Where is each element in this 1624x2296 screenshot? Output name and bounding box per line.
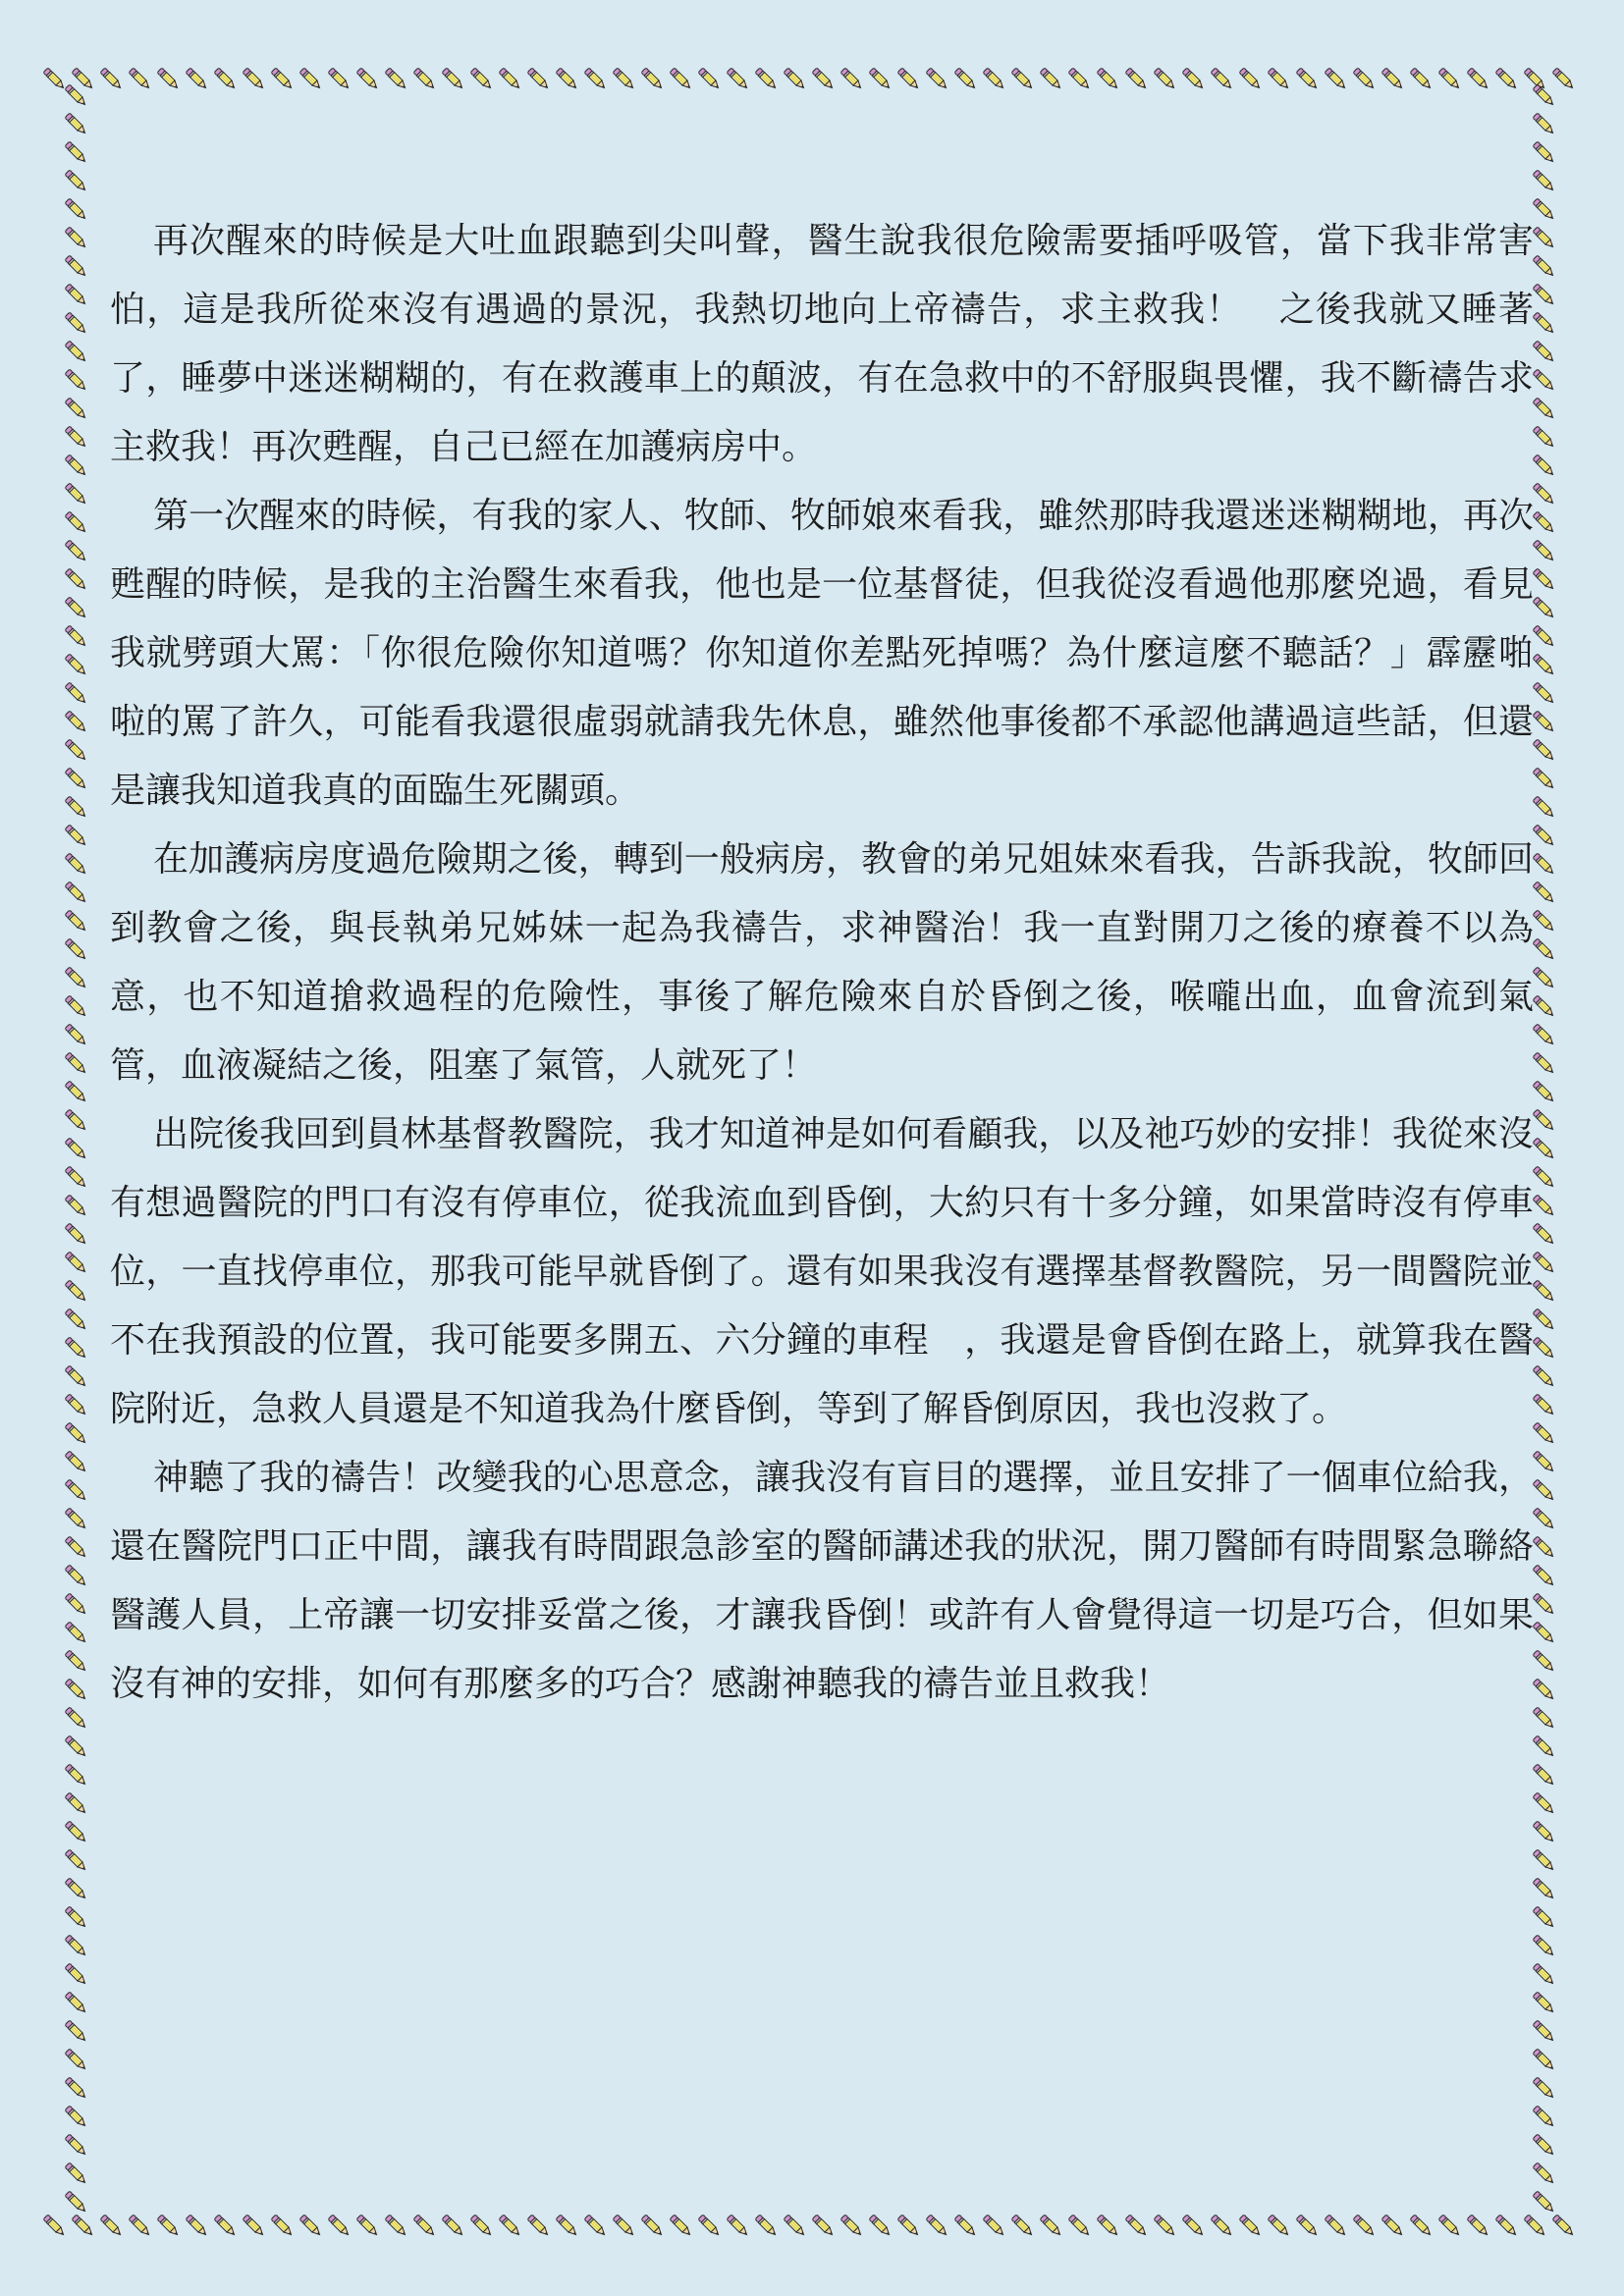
pencil-icon xyxy=(1533,1878,1555,1900)
pencil-icon xyxy=(613,2215,635,2237)
pencil-icon xyxy=(65,1337,87,1360)
pencil-icon xyxy=(328,68,351,90)
pencil-icon xyxy=(1182,68,1205,90)
pencil-icon xyxy=(356,68,379,90)
pencil-icon xyxy=(65,1052,87,1075)
pencil-icon xyxy=(1533,1223,1555,1246)
pencil-icon xyxy=(1495,2215,1518,2237)
pencil-icon xyxy=(1533,1252,1555,1274)
pencil-border-bottom xyxy=(39,2207,1585,2246)
pencil-icon xyxy=(65,398,87,420)
pencil-icon xyxy=(926,2215,948,2237)
pencil-icon xyxy=(65,1109,87,1132)
pencil-icon xyxy=(1353,2215,1376,2237)
pencil-icon xyxy=(1533,1906,1555,1929)
pencil-icon xyxy=(1239,68,1262,90)
pencil-icon xyxy=(65,198,87,221)
pencil-icon xyxy=(65,682,87,705)
pencil-icon xyxy=(1533,1422,1555,1445)
pencil-border-left xyxy=(57,80,96,2230)
pencil-icon xyxy=(698,2215,721,2237)
pencil-icon xyxy=(1533,796,1555,819)
pencil-icon xyxy=(1533,881,1555,904)
pencil-icon xyxy=(1552,68,1575,90)
pencil-icon xyxy=(1533,1508,1555,1530)
pencil-icon xyxy=(65,1223,87,1246)
paragraph-5: 神聽了我的禱告！改變我的心思意念，讓我沒有盲目的選擇，並且安排了一個車位給我，還… xyxy=(110,1443,1534,1718)
pencil-icon xyxy=(1533,483,1555,506)
pencil-icon xyxy=(1533,113,1555,135)
pencil-icon xyxy=(1495,68,1518,90)
pencil-icon xyxy=(65,1508,87,1530)
pencil-icon xyxy=(1533,825,1555,847)
pencil-icon xyxy=(1533,1166,1555,1189)
pencil-icon xyxy=(1533,1565,1555,1587)
pencil-icon xyxy=(1533,654,1555,676)
pencil-icon xyxy=(157,68,180,90)
pencil-icon xyxy=(65,597,87,619)
pencil-icon xyxy=(1533,1536,1555,1559)
pencil-icon xyxy=(100,68,123,90)
pencil-icon xyxy=(1325,2215,1347,2237)
pencil-icon xyxy=(840,68,863,90)
pencil-icon xyxy=(65,255,87,278)
pencil-icon xyxy=(1533,1935,1555,1957)
pencil-icon xyxy=(1533,284,1555,306)
pencil-icon xyxy=(65,711,87,733)
pencil-icon xyxy=(65,796,87,819)
pencil-icon xyxy=(65,84,87,107)
pencil-icon xyxy=(1533,1849,1555,1872)
pencil-icon xyxy=(869,2215,892,2237)
pencil-icon xyxy=(442,2215,464,2237)
pencil-icon xyxy=(65,625,87,648)
pencil-icon xyxy=(1533,540,1555,562)
pencil-icon xyxy=(243,68,265,90)
pencil-icon xyxy=(413,68,436,90)
pencil-icon xyxy=(1533,312,1555,335)
pencil-icon xyxy=(727,68,749,90)
pencil-icon xyxy=(1533,1963,1555,1986)
paragraph-1: 再次醒來的時候是大吐血跟聽到尖叫聲，醫生說我很危險需要插呼吸管，當下我非常害怕，… xyxy=(110,206,1534,481)
pencil-icon xyxy=(271,68,294,90)
pencil-icon xyxy=(299,68,322,90)
pencil-icon xyxy=(65,1195,87,1217)
pencil-icon xyxy=(641,68,664,90)
pencil-icon xyxy=(65,1622,87,1644)
pencil-icon xyxy=(65,1280,87,1303)
pencil-icon xyxy=(65,881,87,904)
pencil-icon xyxy=(1533,2163,1555,2185)
pencil-icon xyxy=(1011,2215,1034,2237)
pencil-icon xyxy=(65,1565,87,1587)
pencil-icon xyxy=(1533,2077,1555,2100)
pencil-icon xyxy=(613,68,635,90)
pencil-icon xyxy=(727,2215,749,2237)
pencil-icon xyxy=(1533,853,1555,876)
pencil-icon xyxy=(1533,1024,1555,1046)
pencil-icon xyxy=(1533,2106,1555,2128)
pencil-icon xyxy=(65,454,87,477)
pencil-icon xyxy=(1533,1081,1555,1103)
pencil-icon xyxy=(65,1650,87,1673)
pencil-icon xyxy=(65,113,87,135)
pencil-icon xyxy=(65,1394,87,1416)
pencil-icon xyxy=(65,1878,87,1900)
pencil-icon xyxy=(65,825,87,847)
pencil-icon xyxy=(897,2215,920,2237)
pencil-icon xyxy=(1040,2215,1062,2237)
pencil-icon xyxy=(1533,1365,1555,1388)
pencil-icon xyxy=(1533,1451,1555,1473)
pencil-icon xyxy=(65,938,87,961)
pencil-icon xyxy=(1353,68,1376,90)
pencil-icon xyxy=(157,2215,180,2237)
pencil-icon xyxy=(470,68,493,90)
pencil-icon xyxy=(65,1792,87,1815)
pencil-icon xyxy=(1296,2215,1319,2237)
pencil-icon xyxy=(1533,511,1555,534)
pencil-icon xyxy=(442,68,464,90)
pencil-icon xyxy=(65,654,87,676)
pencil-icon xyxy=(1533,170,1555,192)
pencil-icon xyxy=(100,2215,123,2237)
paragraph-3: 在加護病房度過危險期之後，轉到一般病房，教會的弟兄姐妹來看我，告訴我說，牧師回到… xyxy=(110,825,1534,1099)
pencil-icon xyxy=(65,341,87,363)
pencil-icon xyxy=(1533,1479,1555,1502)
pencil-icon xyxy=(1533,1195,1555,1217)
pencil-icon xyxy=(784,2215,806,2237)
pencil-icon xyxy=(65,1024,87,1046)
pencil-icon xyxy=(1068,68,1091,90)
pencil-icon xyxy=(65,1735,87,1758)
pencil-icon xyxy=(812,2215,835,2237)
pencil-icon xyxy=(129,68,151,90)
paragraph-2: 第一次醒來的時候，有我的家人、牧師、牧師娘來看我，雖然那時我還迷迷糊糊地，再次甦… xyxy=(110,481,1534,825)
pencil-icon xyxy=(385,68,407,90)
pencil-icon xyxy=(43,2215,66,2237)
pencil-icon xyxy=(1533,938,1555,961)
pencil-icon xyxy=(1154,68,1176,90)
pencil-border-top xyxy=(39,60,1585,99)
pencil-icon xyxy=(65,1081,87,1103)
pencil-icon xyxy=(1438,68,1461,90)
pencil-icon xyxy=(1097,2215,1119,2237)
pencil-icon xyxy=(65,369,87,392)
pencil-icon xyxy=(1467,68,1489,90)
pencil-icon xyxy=(1533,2020,1555,2043)
pencil-icon xyxy=(1533,1650,1555,1673)
pencil-icon xyxy=(271,2215,294,2237)
pencil-icon xyxy=(556,68,578,90)
pencil-icon xyxy=(1533,1593,1555,1616)
pencil-icon xyxy=(65,284,87,306)
pencil-icon xyxy=(556,2215,578,2237)
pencil-icon xyxy=(65,1764,87,1787)
pencil-icon xyxy=(65,1308,87,1331)
pencil-icon xyxy=(214,2215,237,2237)
pencil-icon xyxy=(1533,1308,1555,1331)
pencil-icon xyxy=(1533,1992,1555,2014)
pencil-icon xyxy=(1533,1821,1555,1843)
pencil-icon xyxy=(1533,341,1555,363)
pencil-icon xyxy=(1467,2215,1489,2237)
pencil-icon xyxy=(1268,68,1290,90)
pencil-icon xyxy=(72,68,94,90)
pencil-icon xyxy=(926,68,948,90)
pencil-icon xyxy=(1154,2215,1176,2237)
document-body: 再次醒來的時候是大吐血跟聽到尖叫聲，醫生說我很危險需要插呼吸管，當下我非常害怕，… xyxy=(110,206,1534,1718)
pencil-icon xyxy=(65,568,87,591)
pencil-icon xyxy=(670,2215,692,2237)
pencil-icon xyxy=(65,2191,87,2214)
pencil-icon xyxy=(65,2077,87,2100)
pencil-icon xyxy=(43,68,66,90)
pencil-icon xyxy=(1533,625,1555,648)
pencil-icon xyxy=(1533,739,1555,762)
pencil-icon xyxy=(1533,1622,1555,1644)
pencil-icon xyxy=(65,1821,87,1843)
pencil-icon xyxy=(413,2215,436,2237)
pencil-icon xyxy=(1533,1707,1555,1730)
pencil-icon xyxy=(65,511,87,534)
pencil-icon xyxy=(65,483,87,506)
pencil-icon xyxy=(186,2215,208,2237)
pencil-icon xyxy=(755,68,778,90)
pencil-icon xyxy=(1533,1792,1555,1815)
pencil-icon xyxy=(65,1479,87,1502)
pencil-icon xyxy=(1524,68,1546,90)
pencil-icon xyxy=(1533,2134,1555,2157)
pencil-icon xyxy=(527,2215,550,2237)
pencil-icon xyxy=(65,1593,87,1616)
pencil-icon xyxy=(385,2215,407,2237)
pencil-icon xyxy=(1533,711,1555,733)
pencil-icon xyxy=(65,1365,87,1388)
pencil-icon xyxy=(755,2215,778,2237)
pencil-icon xyxy=(1211,2215,1233,2237)
pencil-icon xyxy=(1533,1052,1555,1075)
pencil-icon xyxy=(954,68,977,90)
pencil-icon xyxy=(65,1138,87,1160)
pencil-icon xyxy=(65,1536,87,1559)
pencil-icon xyxy=(499,2215,521,2237)
pencil-icon xyxy=(954,2215,977,2237)
pencil-icon xyxy=(1533,2191,1555,2214)
pencil-icon xyxy=(1381,2215,1404,2237)
pencil-icon xyxy=(527,68,550,90)
pencil-icon xyxy=(72,2215,94,2237)
pencil-icon xyxy=(1533,255,1555,278)
pencil-icon xyxy=(65,1252,87,1274)
pencil-icon xyxy=(1533,369,1555,392)
pencil-icon xyxy=(1011,68,1034,90)
pencil-icon xyxy=(65,739,87,762)
pencil-icon xyxy=(1533,227,1555,249)
pencil-icon xyxy=(1533,198,1555,221)
pencil-icon xyxy=(65,1963,87,1986)
pencil-icon xyxy=(1533,1764,1555,1787)
pencil-icon xyxy=(1268,2215,1290,2237)
pencil-icon xyxy=(65,312,87,335)
pencil-icon xyxy=(1239,2215,1262,2237)
pencil-icon xyxy=(983,68,1005,90)
pencil-icon xyxy=(65,1935,87,1957)
pencil-icon xyxy=(869,68,892,90)
pencil-icon xyxy=(65,1451,87,1473)
pencil-icon xyxy=(65,910,87,933)
pencil-icon xyxy=(65,2163,87,2185)
pencil-icon xyxy=(1533,1280,1555,1303)
pencil-icon xyxy=(1296,68,1319,90)
pencil-icon xyxy=(65,426,87,449)
pencil-icon xyxy=(641,2215,664,2237)
pencil-icon xyxy=(1533,84,1555,107)
pencil-icon xyxy=(897,68,920,90)
pencil-icon xyxy=(1533,426,1555,449)
pencil-icon xyxy=(1125,68,1148,90)
pencil-icon xyxy=(1438,2215,1461,2237)
pencil-icon xyxy=(65,1992,87,2014)
pencil-icon xyxy=(1533,967,1555,989)
pencil-icon xyxy=(1533,141,1555,164)
pencil-icon xyxy=(1533,597,1555,619)
pencil-icon xyxy=(840,2215,863,2237)
pencil-icon xyxy=(1533,1138,1555,1160)
pencil-icon xyxy=(65,1849,87,1872)
pencil-icon xyxy=(784,68,806,90)
pencil-icon xyxy=(65,1679,87,1701)
pencil-icon xyxy=(214,68,237,90)
pencil-icon xyxy=(698,68,721,90)
pencil-icon xyxy=(1410,68,1433,90)
paragraph-4: 出院後我回到員林基督教醫院，我才知道神是如何看顧我，以及祂巧妙的安排！我從來沒有… xyxy=(110,1099,1534,1443)
pencil-icon xyxy=(1533,1337,1555,1360)
pencil-icon xyxy=(584,68,607,90)
pencil-icon xyxy=(129,2215,151,2237)
pencil-icon xyxy=(1211,68,1233,90)
pencil-icon xyxy=(65,1707,87,1730)
pencil-icon xyxy=(356,2215,379,2237)
pencil-icon xyxy=(470,2215,493,2237)
pencil-icon xyxy=(1533,995,1555,1018)
pencil-icon xyxy=(1125,2215,1148,2237)
pencil-icon xyxy=(1381,68,1404,90)
pencil-icon xyxy=(65,995,87,1018)
pencil-icon xyxy=(1533,2049,1555,2071)
pencil-icon xyxy=(1533,454,1555,477)
pencil-icon xyxy=(65,853,87,876)
pencil-icon xyxy=(1325,68,1347,90)
pencil-icon xyxy=(1533,1109,1555,1132)
pencil-icon xyxy=(584,2215,607,2237)
pencil-icon xyxy=(1533,1735,1555,1758)
pencil-icon xyxy=(65,2020,87,2043)
pencil-icon xyxy=(983,2215,1005,2237)
pencil-icon xyxy=(65,227,87,249)
pencil-icon xyxy=(1533,1394,1555,1416)
document-page: 再次醒來的時候是大吐血跟聽到尖叫聲，醫生說我很危險需要插呼吸管，當下我非常害怕，… xyxy=(0,0,1624,2296)
pencil-icon xyxy=(186,68,208,90)
pencil-icon xyxy=(1524,2215,1546,2237)
pencil-icon xyxy=(670,68,692,90)
pencil-icon xyxy=(65,2134,87,2157)
pencil-icon xyxy=(1040,68,1062,90)
pencil-icon xyxy=(1533,398,1555,420)
pencil-icon xyxy=(65,1166,87,1189)
pencil-icon xyxy=(65,2106,87,2128)
pencil-icon xyxy=(65,1422,87,1445)
pencil-icon xyxy=(1533,682,1555,705)
pencil-icon xyxy=(1533,1679,1555,1701)
pencil-icon xyxy=(1182,2215,1205,2237)
pencil-icon xyxy=(1410,2215,1433,2237)
pencil-icon xyxy=(65,170,87,192)
pencil-icon xyxy=(499,68,521,90)
pencil-icon xyxy=(1068,2215,1091,2237)
pencil-icon xyxy=(1533,768,1555,790)
pencil-icon xyxy=(1097,68,1119,90)
pencil-icon xyxy=(1552,2215,1575,2237)
pencil-icon xyxy=(65,2049,87,2071)
pencil-icon xyxy=(812,68,835,90)
pencil-icon xyxy=(328,2215,351,2237)
pencil-icon xyxy=(1533,568,1555,591)
pencil-icon xyxy=(65,1906,87,1929)
pencil-icon xyxy=(65,540,87,562)
pencil-icon xyxy=(1533,910,1555,933)
pencil-icon xyxy=(299,2215,322,2237)
pencil-icon xyxy=(65,768,87,790)
pencil-icon xyxy=(65,141,87,164)
pencil-icon xyxy=(65,967,87,989)
pencil-icon xyxy=(243,2215,265,2237)
